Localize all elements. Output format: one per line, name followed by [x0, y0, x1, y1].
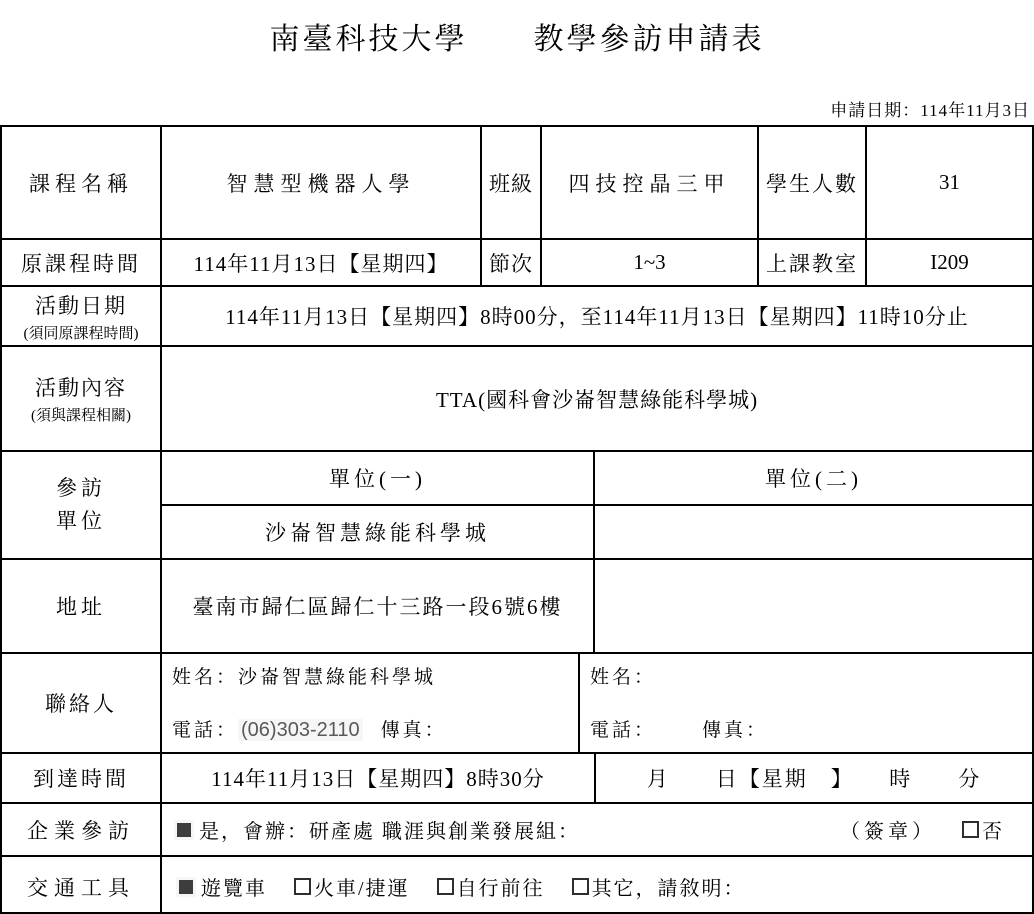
contact-cell-1: 姓名：沙崙智慧綠能科學城 電話：(06)303-2110傳真： — [162, 654, 580, 752]
contact1-name: 姓名：沙崙智慧綠能科學城 — [172, 662, 436, 689]
activity-date-label: 活動日期 (須同原課程時間) — [2, 287, 162, 345]
application-form-page: 南臺科技大學 教學參訪申請表 申請日期：114年11月3日 課程名稱 智慧型機器… — [0, 0, 1034, 914]
row-activity-date: 活動日期 (須同原課程時間) 114年11月13日【星期四】8時00分，至114… — [2, 287, 1032, 347]
checkbox-yes-checked-icon — [177, 823, 191, 837]
checkbox-bus-checked-icon — [179, 880, 193, 894]
class-label: 班級 — [482, 127, 542, 238]
visit-unit-value-row: 沙崙智慧綠能科學城 — [162, 506, 1032, 558]
activity-content-label-sub: (須與課程相關) — [31, 404, 131, 425]
row-visit-units: 參訪 單位 單位(一) 單位(二) 沙崙智慧綠能科學城 — [2, 452, 1032, 560]
classroom-value: I209 — [867, 240, 1032, 285]
visit-unit-header-row: 單位(一) 單位(二) — [162, 452, 1032, 506]
unit2-header: 單位(二) — [595, 452, 1032, 504]
visit-unit-label: 參訪 單位 — [2, 452, 162, 558]
row-activity-content: 活動內容 (須與課程相關) TTA(國科會沙崙智慧綠能科學城) — [2, 347, 1032, 452]
checkbox-train-unchecked-icon — [294, 878, 311, 895]
enterprise-no-option: 否 — [962, 815, 1002, 844]
contact2-phone-label: 電話： — [590, 720, 656, 741]
row-address: 地址 臺南市歸仁區歸仁十三路一段6號6樓 — [2, 560, 1032, 654]
students-label: 學生人數 — [759, 127, 867, 238]
arrival-value-2: 月 日【星期 】 時 分 — [596, 754, 1032, 802]
activity-content-value: TTA(國科會沙崙智慧綠能科學城) — [162, 347, 1032, 450]
period-value: 1~3 — [542, 240, 759, 285]
unit2-value — [595, 506, 1032, 558]
arrival-label: 到達時間 — [2, 754, 162, 802]
contact1-phone-label: 電話： — [172, 720, 238, 741]
transport-option-bus-text: 遊覽車 — [201, 872, 267, 901]
visit-unit-label-line2: 單位 — [56, 505, 106, 538]
contact2-fax-label: 傳真： — [702, 720, 768, 741]
transport-option-self-text: 自行前往 — [457, 872, 545, 901]
enterprise-no-text: 否 — [982, 815, 1002, 844]
checkbox-other-unchecked-icon — [572, 878, 589, 895]
address-label: 地址 — [2, 560, 162, 652]
address-value-1: 臺南市歸仁區歸仁十三路一段6號6樓 — [162, 560, 595, 652]
row-course: 課程名稱 智慧型機器人學 班級 四技控晶三甲 學生人數 31 — [2, 127, 1032, 240]
class-value: 四技控晶三甲 — [542, 127, 759, 238]
transport-option-other: 其它，請敘明： — [572, 872, 746, 901]
contact1-phone-line: 電話：(06)303-2110傳真： — [172, 715, 447, 742]
transport-option-self: 自行前往 — [437, 872, 545, 901]
enterprise-seal-text: （簽章） — [840, 815, 936, 844]
original-time-value: 114年11月13日【星期四】 — [162, 240, 482, 285]
enterprise-yes-text: 是，會辦：研產處 職涯與創業發展組： — [199, 815, 580, 844]
activity-content-label: 活動內容 (須與課程相關) — [2, 347, 162, 450]
transport-option-train: 火車/捷運 — [294, 872, 410, 901]
unit1-header: 單位(一) — [162, 452, 595, 504]
contact-label: 聯絡人 — [2, 654, 162, 752]
apply-date: 申請日期：114年11月3日 — [830, 96, 1030, 121]
enterprise-label: 企業參訪 — [2, 804, 162, 855]
transport-label: 交通工具 — [2, 857, 162, 914]
transport-option-train-text: 火車/捷運 — [314, 872, 410, 901]
row-contact: 聯絡人 姓名：沙崙智慧綠能科學城 電話：(06)303-2110傳真： 姓名： … — [2, 654, 1032, 754]
address-value-2 — [595, 560, 1032, 652]
visit-unit-label-line1: 參訪 — [56, 472, 106, 505]
visit-unit-grid: 單位(一) 單位(二) 沙崙智慧綠能科學城 — [162, 452, 1032, 558]
transport-option-bus: 遊覽車 — [176, 872, 267, 901]
activity-date-label-main: 活動日期 — [35, 290, 127, 320]
period-label: 節次 — [482, 240, 542, 285]
checkbox-no-unchecked-icon — [962, 821, 979, 838]
contact-cell-2: 姓名： 電話：傳真： — [580, 654, 1032, 752]
course-name-label: 課程名稱 — [2, 127, 162, 238]
enterprise-cell: 是，會辦：研產處 職涯與創業發展組： （簽章） 否 — [162, 804, 1032, 855]
row-transport: 交通工具 遊覽車 火車/捷運 自行前往 其它，請敘明： — [2, 857, 1032, 914]
transport-option-other-text: 其它，請敘明： — [592, 872, 746, 901]
students-value: 31 — [867, 127, 1032, 238]
contact1-phone-value: (06)303-2110 — [238, 719, 363, 741]
row-enterprise: 企業參訪 是，會辦：研產處 職涯與創業發展組： （簽章） 否 — [2, 804, 1032, 857]
course-name-value: 智慧型機器人學 — [162, 127, 482, 238]
contact1-fax-label: 傳真： — [381, 720, 447, 741]
arrival-value-1: 114年11月13日【星期四】8時30分 — [162, 754, 596, 802]
checkbox-self-unchecked-icon — [437, 878, 454, 895]
unit1-value: 沙崙智慧綠能科學城 — [162, 506, 595, 558]
row-arrival: 到達時間 114年11月13日【星期四】8時30分 月 日【星期 】 時 分 — [2, 754, 1032, 804]
classroom-label: 上課教室 — [759, 240, 867, 285]
contact2-phone-line: 電話：傳真： — [590, 715, 768, 742]
activity-date-value: 114年11月13日【星期四】8時00分，至114年11月13日【星期四】11時… — [162, 287, 1032, 345]
activity-content-label-main: 活動內容 — [35, 372, 127, 402]
row-original-time: 原課程時間 114年11月13日【星期四】 節次 1~3 上課教室 I209 — [2, 240, 1032, 287]
activity-date-label-sub: (須同原課程時間) — [24, 322, 139, 343]
form-table: 課程名稱 智慧型機器人學 班級 四技控晶三甲 學生人數 31 原課程時間 114… — [0, 125, 1034, 914]
original-time-label: 原課程時間 — [2, 240, 162, 285]
transport-cell: 遊覽車 火車/捷運 自行前往 其它，請敘明： — [162, 857, 1032, 914]
form-title: 南臺科技大學 教學參訪申請表 — [0, 14, 1034, 58]
contact2-name: 姓名： — [590, 662, 656, 689]
